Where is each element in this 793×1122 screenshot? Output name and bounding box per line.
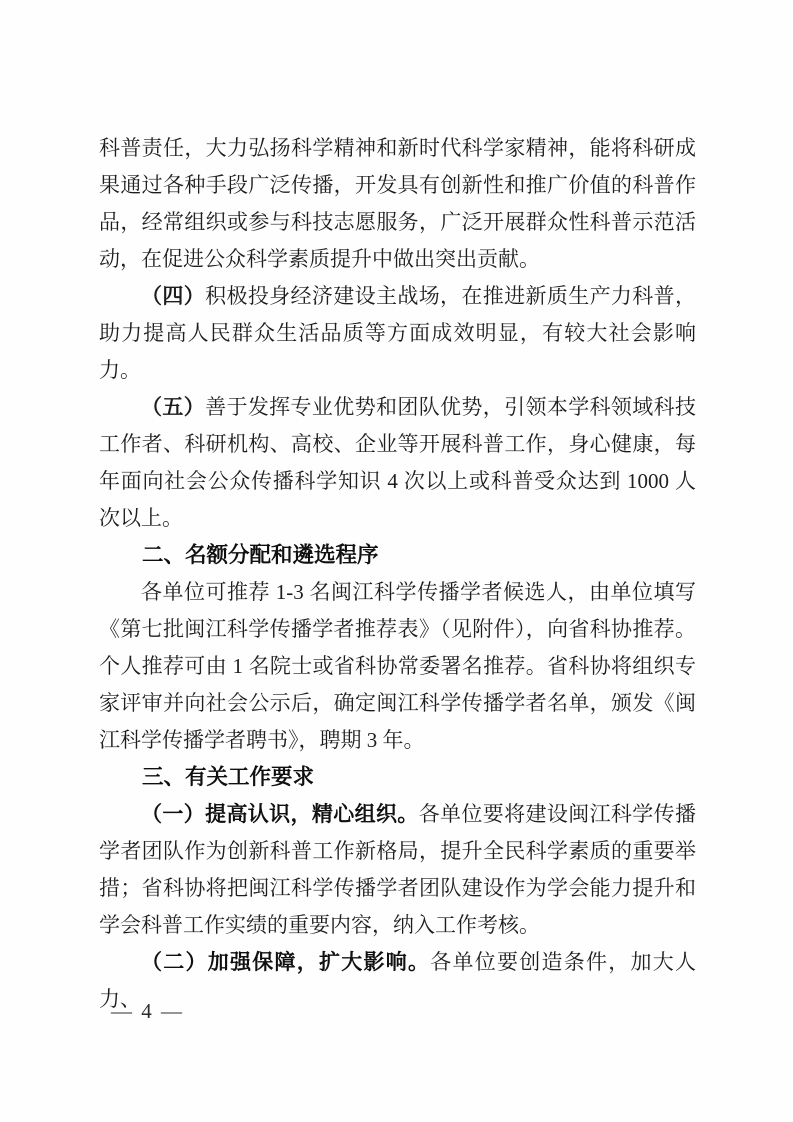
page-number-footer: — 4 — xyxy=(111,998,184,1024)
page-number-label: — 4 — xyxy=(111,999,184,1023)
document-body: 科普责任，大力弘扬科学精神和新时代科学家精神，能将科研成果通过各种手段广泛传播，… xyxy=(99,130,696,1018)
requirement-2-lead: （二）加强保障，扩大影响。 xyxy=(141,951,430,974)
criterion-item-4: （四）积极投身经济建设主战场，在推进新质生产力科普，助力提高人民群众生活品质等方… xyxy=(99,278,696,389)
document-page: 科普责任，大力弘扬科学精神和新时代科学家精神，能将科研成果通过各种手段广泛传播，… xyxy=(0,0,793,1122)
paragraph-continuation-text: 科普责任，大力弘扬科学精神和新时代科学家精神，能将科研成果通过各种手段广泛传播，… xyxy=(99,136,696,271)
criterion-5-number: （五） xyxy=(141,395,205,419)
requirement-1-lead: （一）提高认识，精心组织。 xyxy=(141,803,419,826)
requirement-item-1: （一）提高认识，精心组织。各单位要将建设闽江科学传播学者团队作为创新科普工作新格… xyxy=(99,796,696,944)
criterion-4-number: （四） xyxy=(141,284,205,308)
criterion-item-5: （五）善于发挥专业优势和团队优势，引领本学科领域科技工作者、科研机构、高校、企业… xyxy=(99,389,696,537)
section-2-heading: 二、名额分配和遴选程序 xyxy=(99,537,696,574)
paragraph-continuation: 科普责任，大力弘扬科学精神和新时代科学家精神，能将科研成果通过各种手段广泛传播，… xyxy=(99,130,696,278)
requirement-item-2: （二）加强保障，扩大影响。各单位要创造条件，加大人力、 xyxy=(99,944,696,1018)
section-2-paragraph: 各单位可推荐 1-3 名闽江科学传播学者候选人，由单位填写《第七批闽江科学传播学… xyxy=(99,574,696,759)
section-3-heading: 三、有关工作要求 xyxy=(99,759,696,796)
